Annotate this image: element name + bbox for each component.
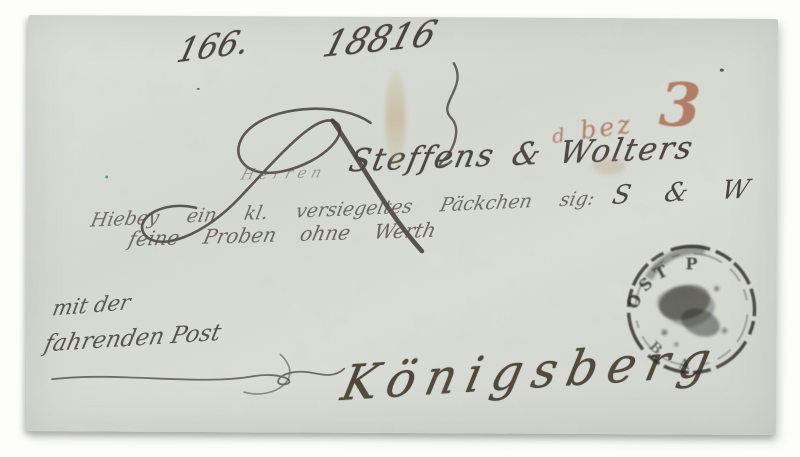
docket-number-right: 18816 <box>319 17 440 64</box>
routing-line-1: mit der <box>51 292 133 320</box>
body-line-1-initials: S & W <box>610 175 754 211</box>
scanned-letter-photo: 166. 18816 dbez3 Herren Steffens & Wolte… <box>0 0 800 457</box>
circular-postmark: OST P B A <box>618 236 765 383</box>
docket-number-left: 166. <box>174 25 253 68</box>
letter-paper: 166. 18816 dbez3 Herren Steffens & Wolte… <box>26 15 778 435</box>
salutation-herren: Herren <box>239 165 328 183</box>
ink-speck <box>197 88 200 90</box>
blue-fiber-speck <box>105 175 108 178</box>
ink-speck <box>720 69 724 72</box>
postmark-arc-bottom-text: B A <box>646 338 701 374</box>
paper-stain-small <box>592 158 626 174</box>
routing-underline-flourish <box>48 351 348 405</box>
